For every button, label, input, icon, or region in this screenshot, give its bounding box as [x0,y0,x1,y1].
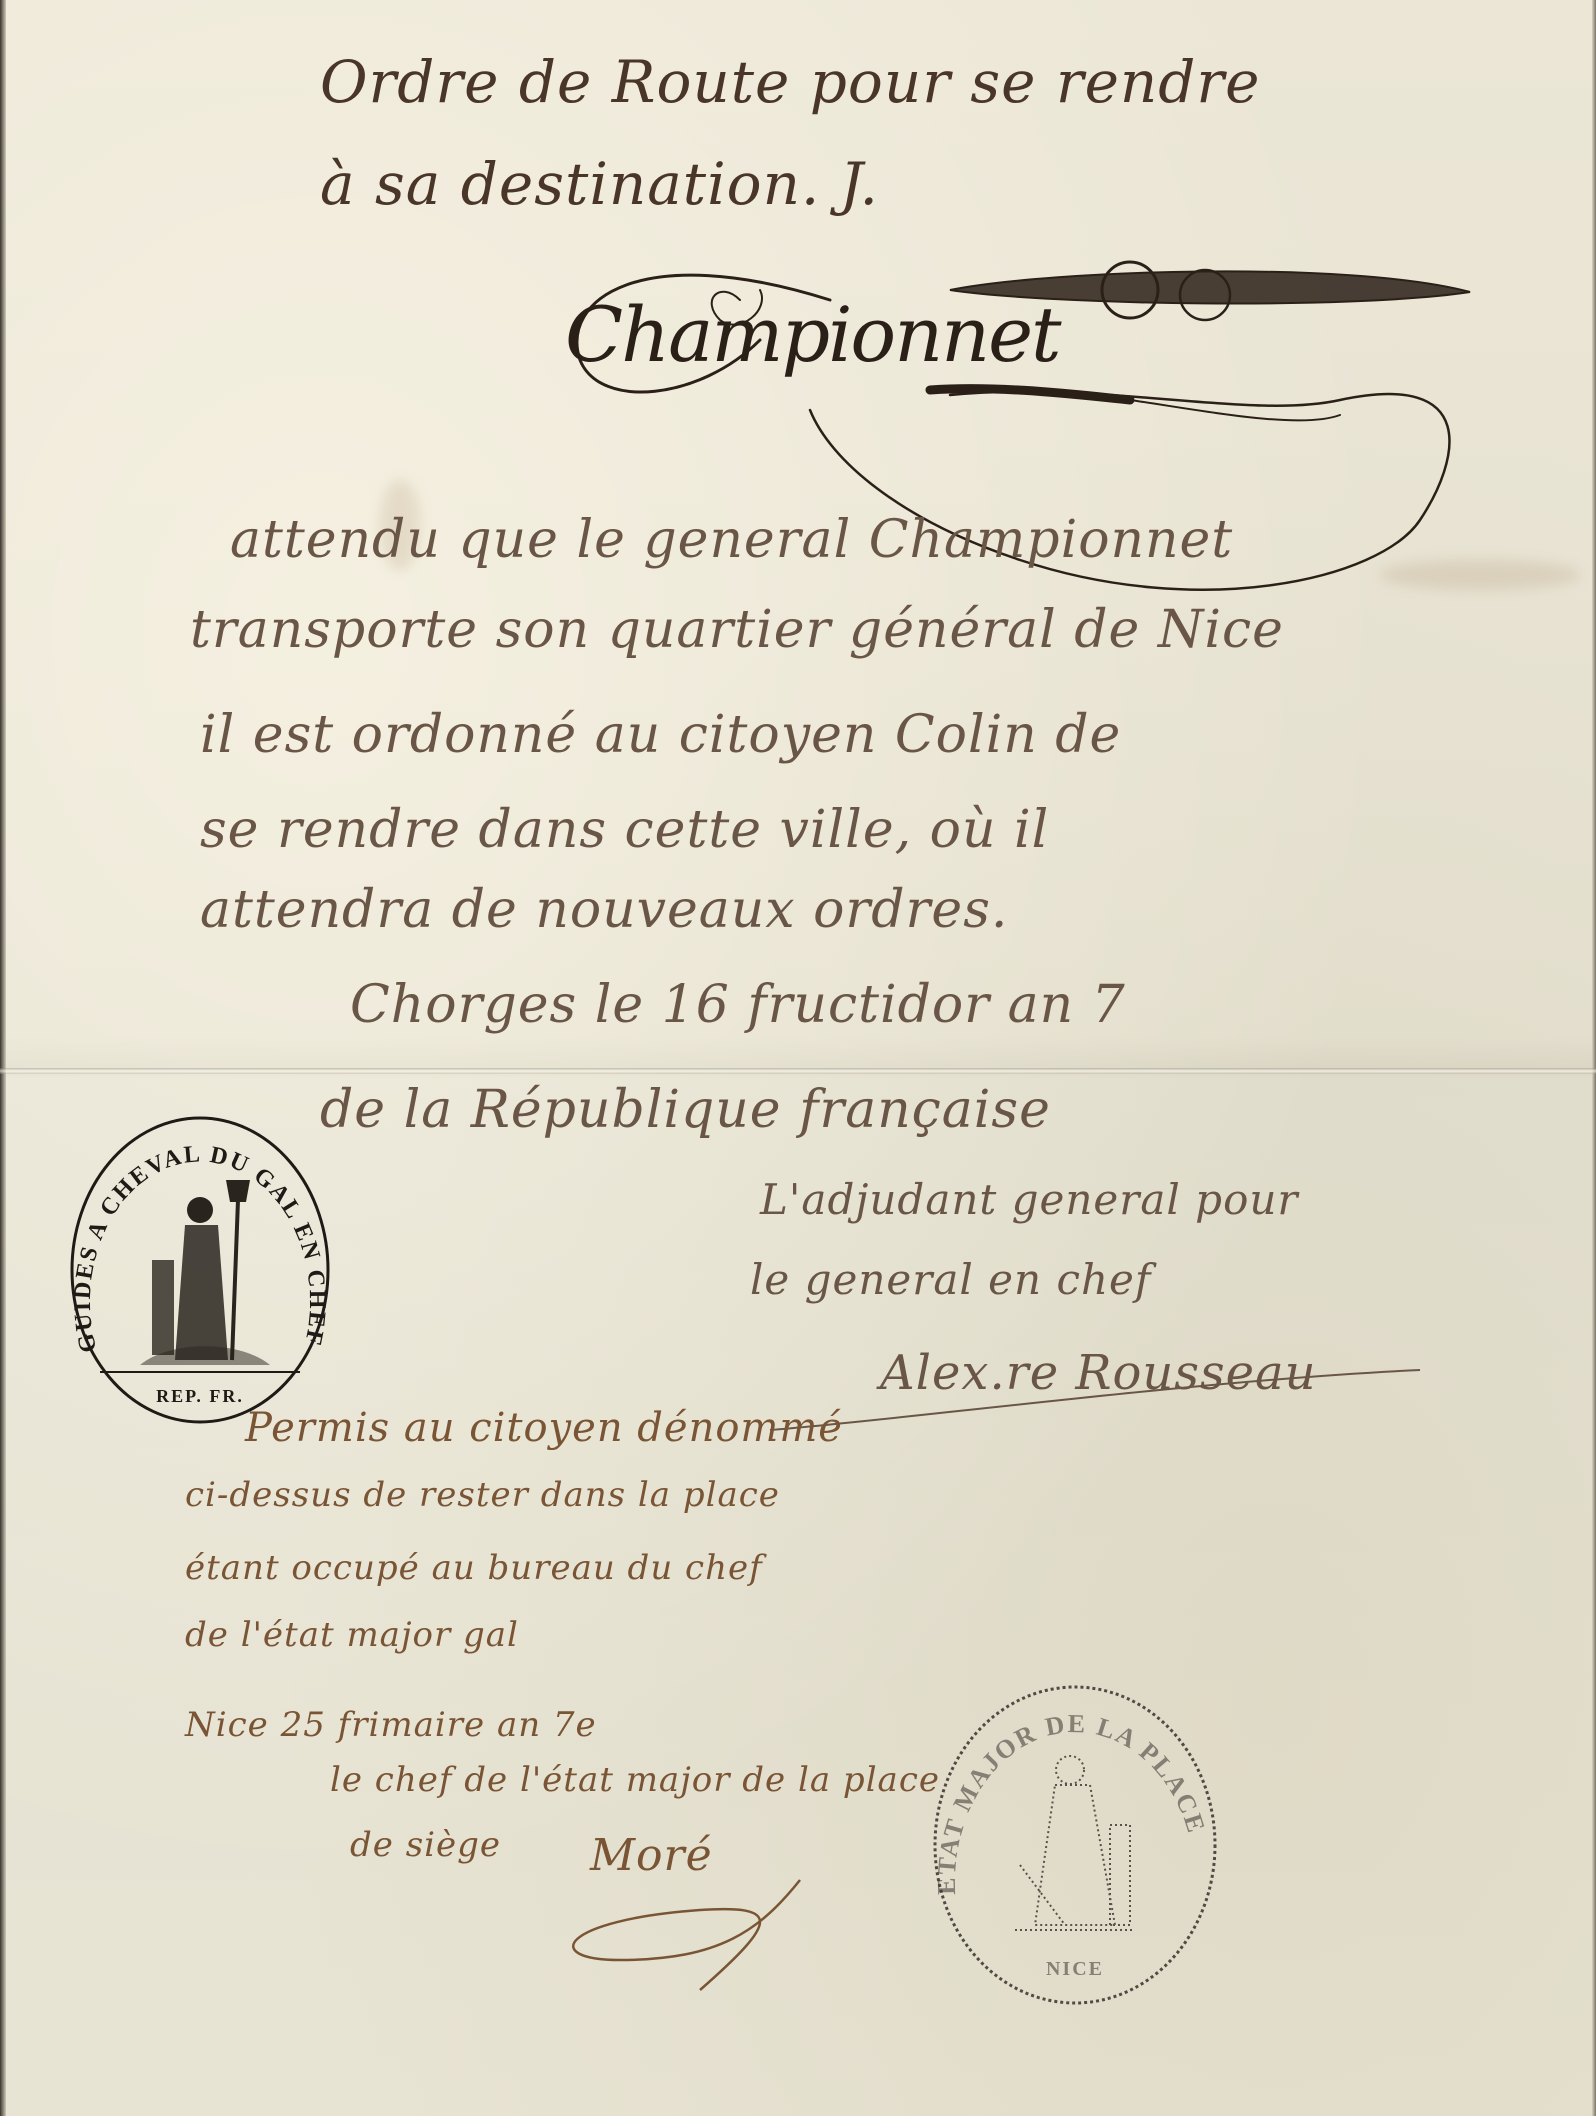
annotation-line-7: de siège [350,1825,501,1865]
paper-edge-left [0,0,6,2116]
stamp-etat-major-place: ETAT MAJOR DE LA PLACE NICE [925,1675,1225,2019]
adjutant-signature: Alex.re Rousseau [880,1345,1317,1401]
liberty-figure-icon [140,1180,270,1365]
stamp-right-exergue: NICE [1046,1958,1104,1980]
signature-block-line-1: L'adjudant general pour [760,1175,1298,1224]
heading-line-2: à sa destination. J. [320,150,879,218]
paper-edge-right [1592,0,1596,2116]
body-line-2: transporte son quartier général de Nice [190,600,1284,660]
annotation-line-6: le chef de l'état major de la place [330,1760,940,1800]
annotation-line-5: Nice 25 frimaire an 7e [185,1705,597,1745]
stamp-guides-a-cheval: GUIDES A CHEVAL DU GAL EN CHEF REP. FR. [60,1110,340,1434]
svg-text:ETAT MAJOR DE LA PLACE: ETAT MAJOR DE LA PLACE [932,1709,1211,1895]
body-line-1: attendu que le general Championnet [230,510,1233,570]
body-line-3: il est ordonné au citoyen Colin de [200,705,1121,765]
body-line-7: de la République française [320,1080,1051,1140]
issuer-signature: Championnet [565,290,1060,379]
stamp-left-exergue: REP. FR. [156,1386,244,1406]
annotation-line-2: ci-dessus de rester dans la place [185,1475,780,1515]
heading-line-1: Ordre de Route pour se rendre [320,48,1260,116]
body-line-4: se rendre dans cette ville, où il [200,800,1049,860]
body-line-5: attendra de nouveaux ordres. [200,880,1008,940]
annotation-line-1: Permis au citoyen dénommé [245,1405,843,1451]
body-line-6: Chorges le 16 fructidor an 7 [350,975,1126,1035]
stamp-right-legend: ETAT MAJOR DE LA PLACE [932,1709,1211,1895]
seated-figure-icon [1015,1756,1135,1930]
annotation-line-4: de l'état major gal [185,1615,519,1655]
annotation-signature: Moré [590,1830,713,1881]
signature-block-line-2: le general en chef [750,1255,1151,1304]
fold-crease [0,1068,1596,1074]
annotation-line-3: étant occupé au bureau du chef [185,1548,763,1588]
ink-stain [1380,560,1580,590]
